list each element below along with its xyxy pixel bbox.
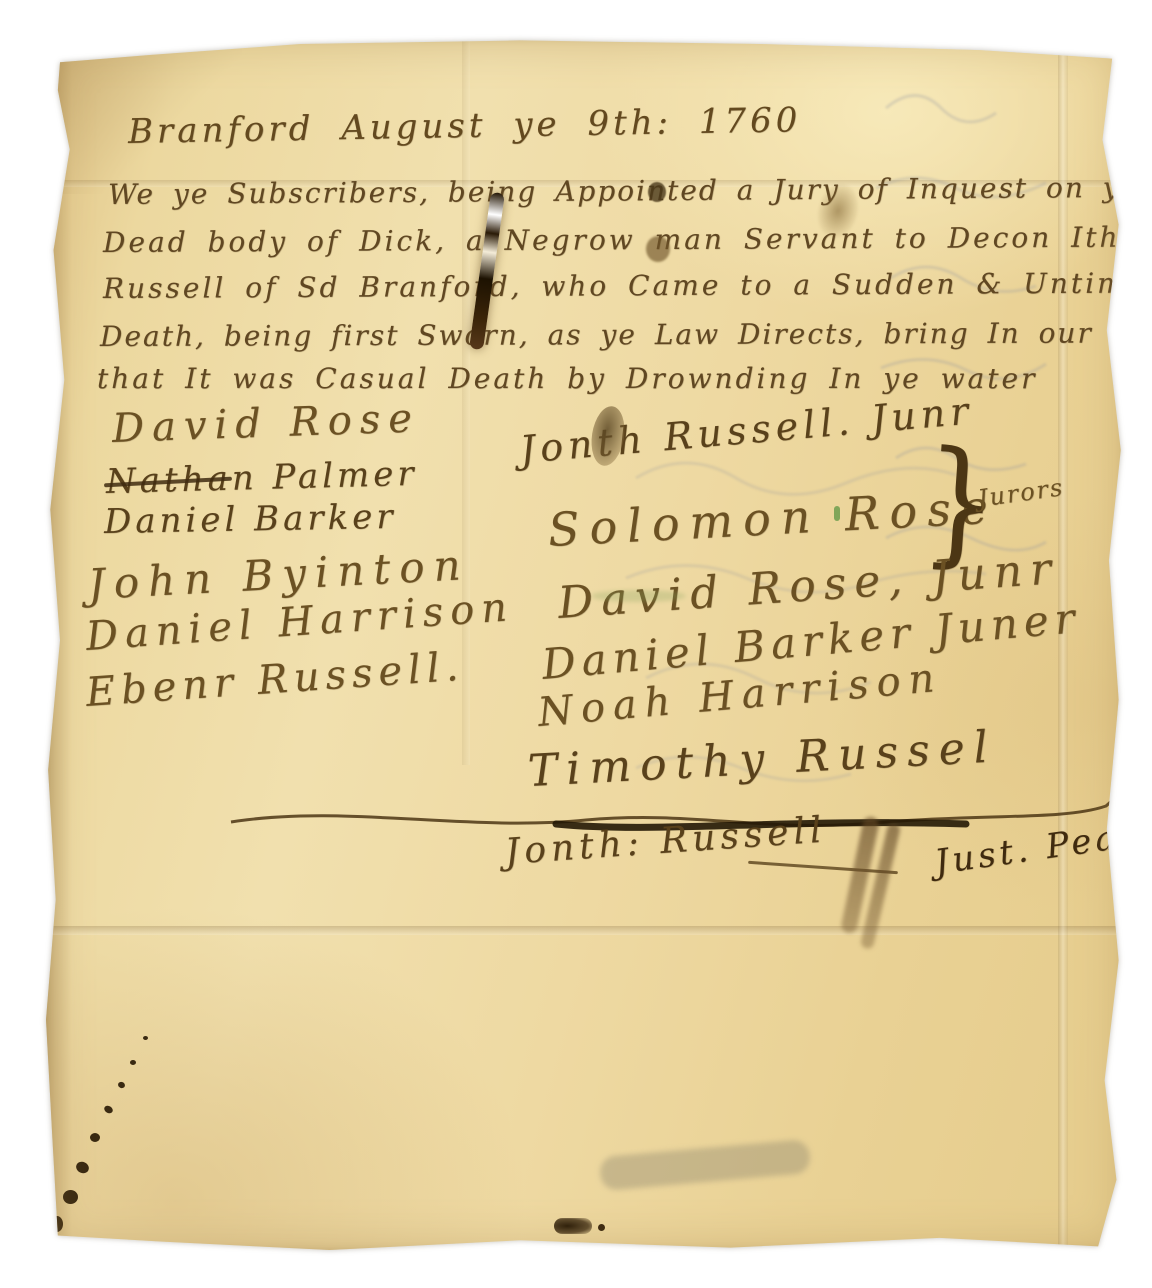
closing-dash-stroke (748, 861, 898, 874)
signature-daniel-barker: Daniel Barker (104, 497, 397, 542)
body-line-1: We ye Subscribers, being Appointed a Jur… (108, 171, 1150, 211)
bottom-ink-blot (554, 1218, 592, 1234)
fold-crease-horizontal-middle (46, 926, 1124, 935)
paper-surface: Branford August ye 9th: 1760 We ye Subsc… (46, 38, 1124, 1250)
heading-line: Branford August ye 9th: 1760 (128, 100, 802, 152)
ink-smudge-strokes (840, 816, 880, 935)
ink-spatter-6 (74, 1160, 90, 1175)
body-line-3: Russell of Sd Branford, who Came to a Su… (103, 266, 1152, 305)
paper-sheet: Branford August ye 9th: 1760 We ye Subsc… (46, 38, 1124, 1250)
closing-title-just-peace: Just. Peace (932, 811, 1152, 883)
ink-spatter-3 (117, 1081, 126, 1089)
closing-signature-jonth-russell: Jonth: Russell (504, 810, 828, 873)
fold-crease-vertical-right (1058, 38, 1068, 1250)
bottom-ink-blot-satellite (598, 1224, 605, 1231)
ink-spatter-7 (63, 1190, 78, 1204)
ink-spatter-5 (90, 1133, 100, 1142)
body-line-2: Dead body of Dick, a Negrow man Servant … (103, 220, 1152, 259)
body-line-5: that It was Casual Death by Drownding In… (97, 362, 1037, 395)
ink-spatter-2 (130, 1060, 136, 1065)
signature-foreman-jonth-russell: Jonth Russell. Junr (518, 388, 975, 471)
ink-spatter-4 (103, 1104, 114, 1115)
pencil-smudge (599, 1139, 811, 1191)
ink-spatter-8 (51, 1216, 63, 1232)
ink-spatter-9 (54, 1242, 64, 1260)
signature-timothy-russel: Timothy Russel (527, 721, 998, 796)
ink-spatter-1 (143, 1036, 148, 1040)
signature-david-rose: David Rose (111, 395, 420, 452)
ink-smudge-strokes-2 (860, 822, 901, 950)
signature-nathan-palmer: Nathan Palmer (105, 454, 418, 502)
document-scan: Branford August ye 9th: 1760 We ye Subsc… (0, 0, 1152, 1288)
body-line-4: Death, being first Sworn, as ye Law Dire… (100, 316, 1152, 353)
